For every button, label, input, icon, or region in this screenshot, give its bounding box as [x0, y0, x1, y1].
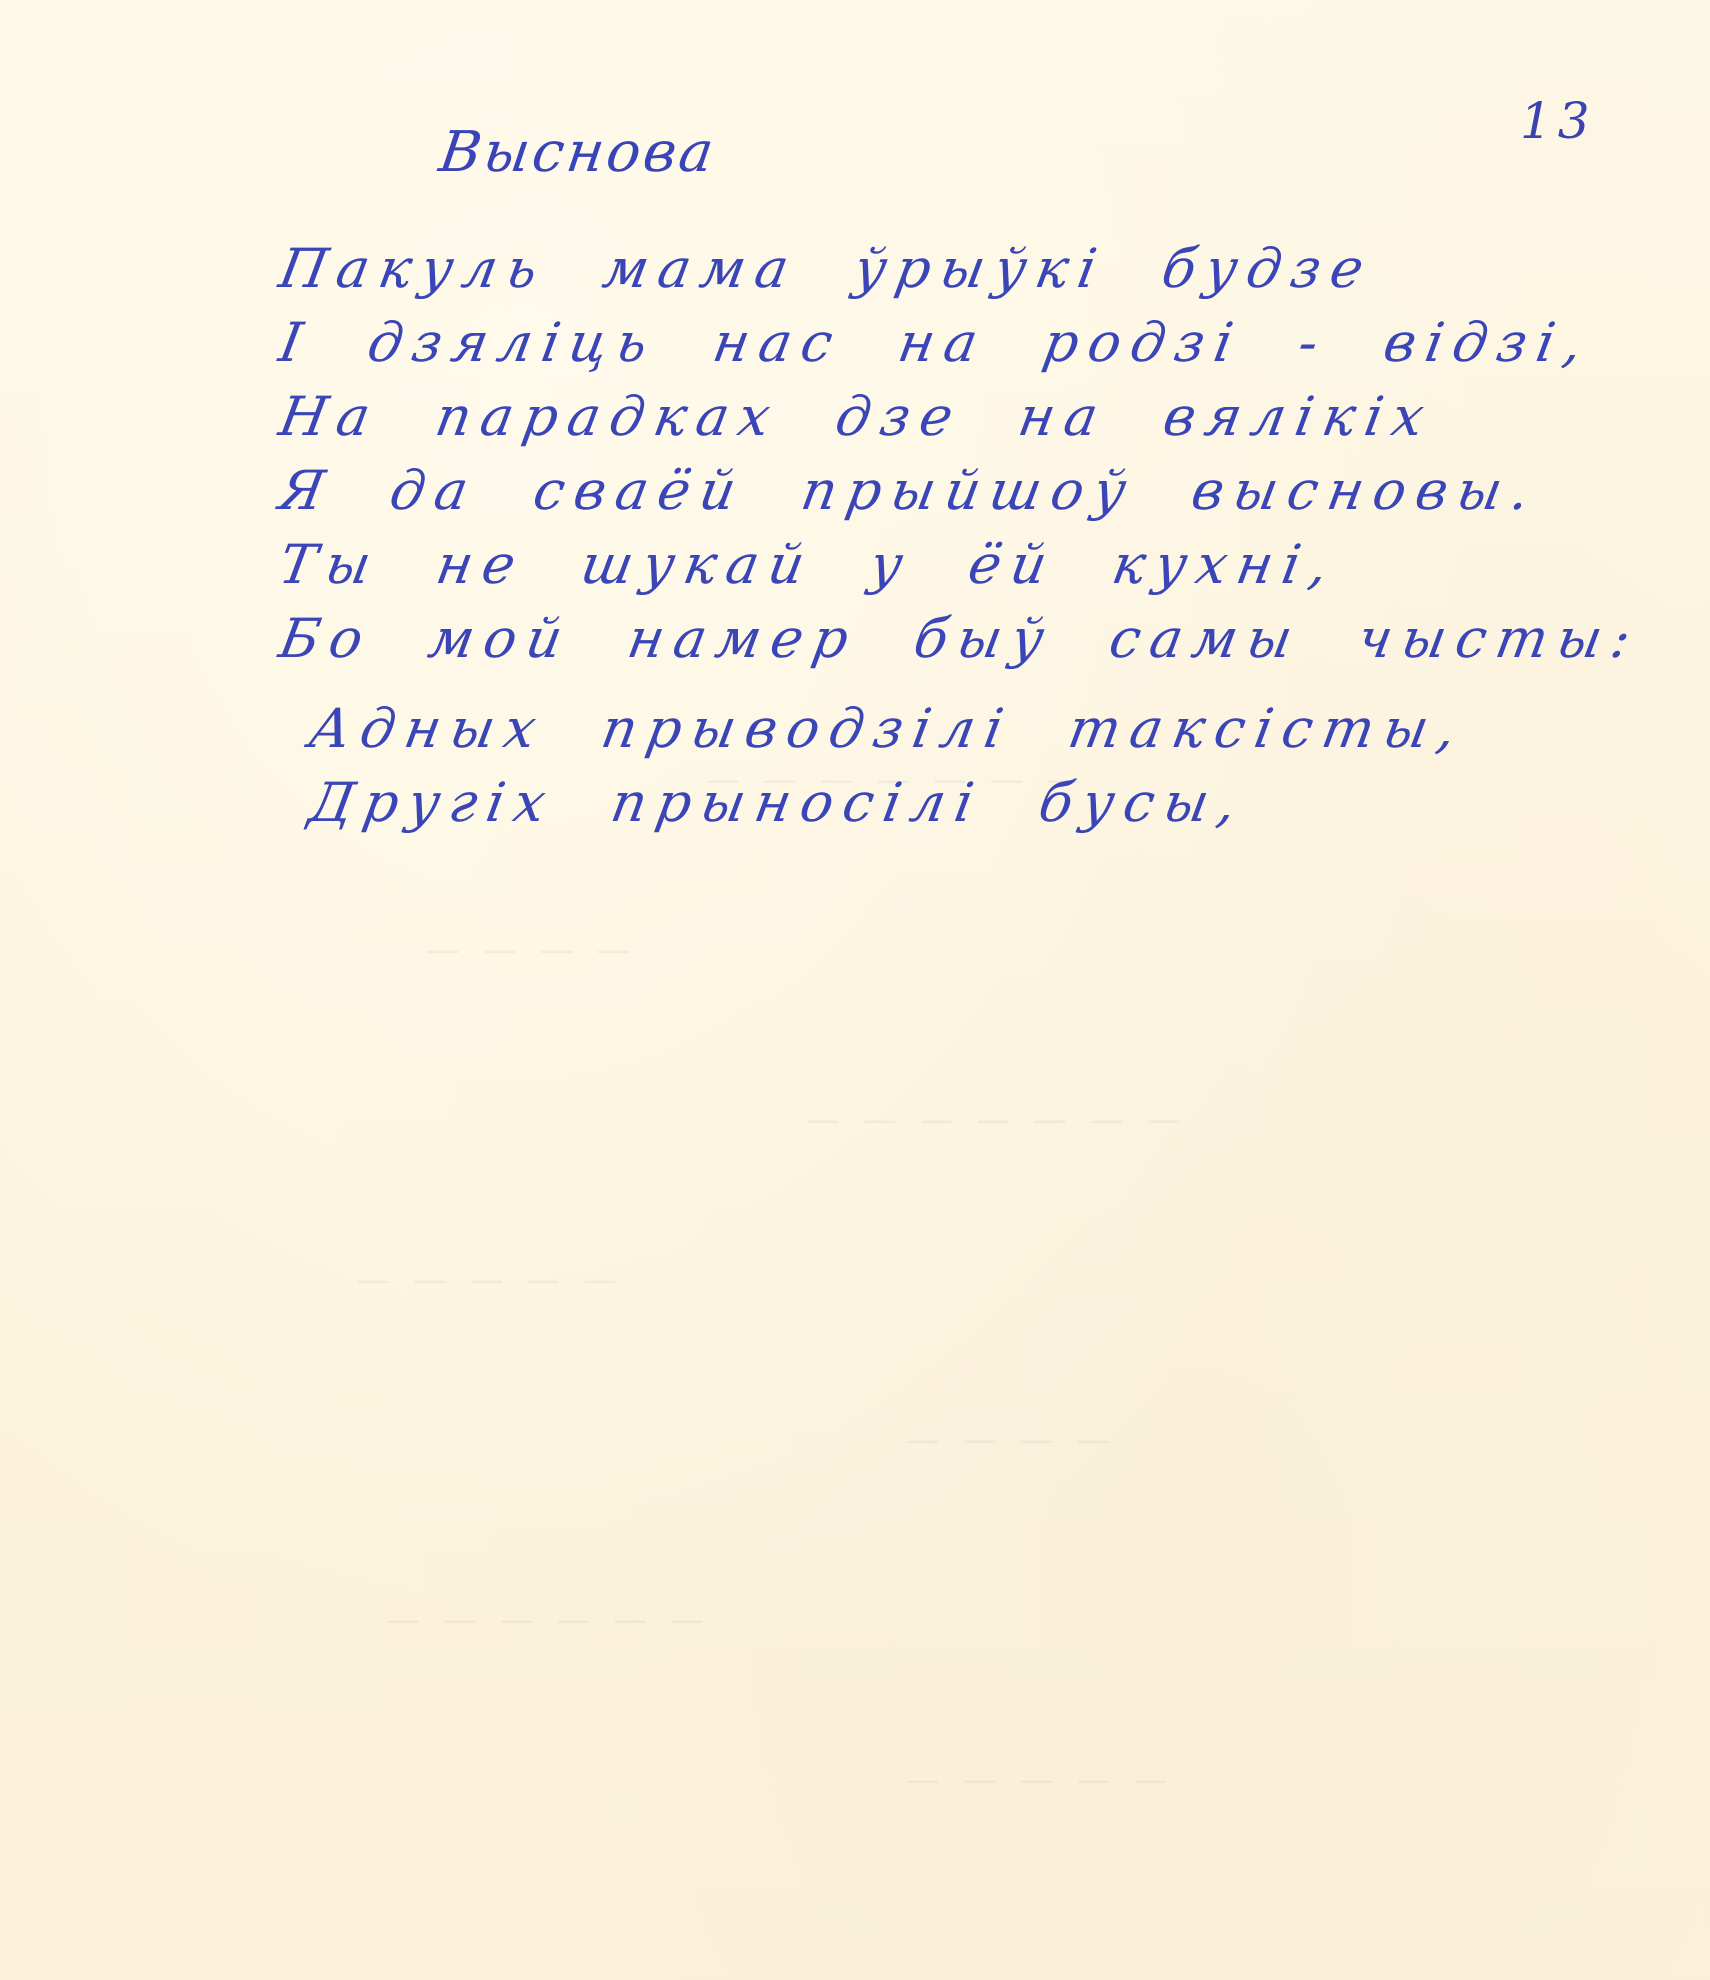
poem-line: Адных прыводзілі таксісты,	[273, 692, 1666, 766]
poem-line: На парадках дзе на вялікіх	[273, 380, 1666, 454]
bleed-through-text: — — — — —	[900, 1760, 1167, 1800]
poem-line: І дзяліць нас на родзі - відзі,	[273, 306, 1666, 380]
bleed-through-text: — — — — —	[350, 1260, 617, 1300]
stanza-1: Пакуль мама ўрыўкі будзе І дзяліць нас н…	[280, 232, 1660, 676]
stanza-2: Адных прыводзілі таксісты, Другіх прынос…	[280, 692, 1660, 840]
bleed-through-text: — — — — — — —	[800, 1100, 1181, 1140]
stanza-divider	[280, 676, 1660, 692]
bleed-through-text: — — — —	[900, 1420, 1110, 1460]
poem-line: Я да сваёй прыйшоў высновы.	[273, 454, 1666, 528]
page-number: 13	[1520, 92, 1596, 150]
poem-line: Пакуль мама ўрыўкі будзе	[273, 232, 1666, 306]
poem-line: Ты не шукай у ёй кухні,	[273, 528, 1666, 602]
bleed-through-text: — — — — — —	[380, 1600, 704, 1640]
poem-line: Другіх прыносілі бусы,	[273, 766, 1666, 840]
poem-body: Пакуль мама ўрыўкі будзе І дзяліць нас н…	[280, 232, 1660, 840]
poem-title: Высновa	[435, 120, 720, 185]
poem-line: Бо мой намер быў самы чысты:	[273, 602, 1666, 676]
bleed-through-text: — — — —	[420, 930, 630, 970]
manuscript-page: — — — — — — — — — — — — — — — — — — — — …	[0, 0, 1710, 1980]
